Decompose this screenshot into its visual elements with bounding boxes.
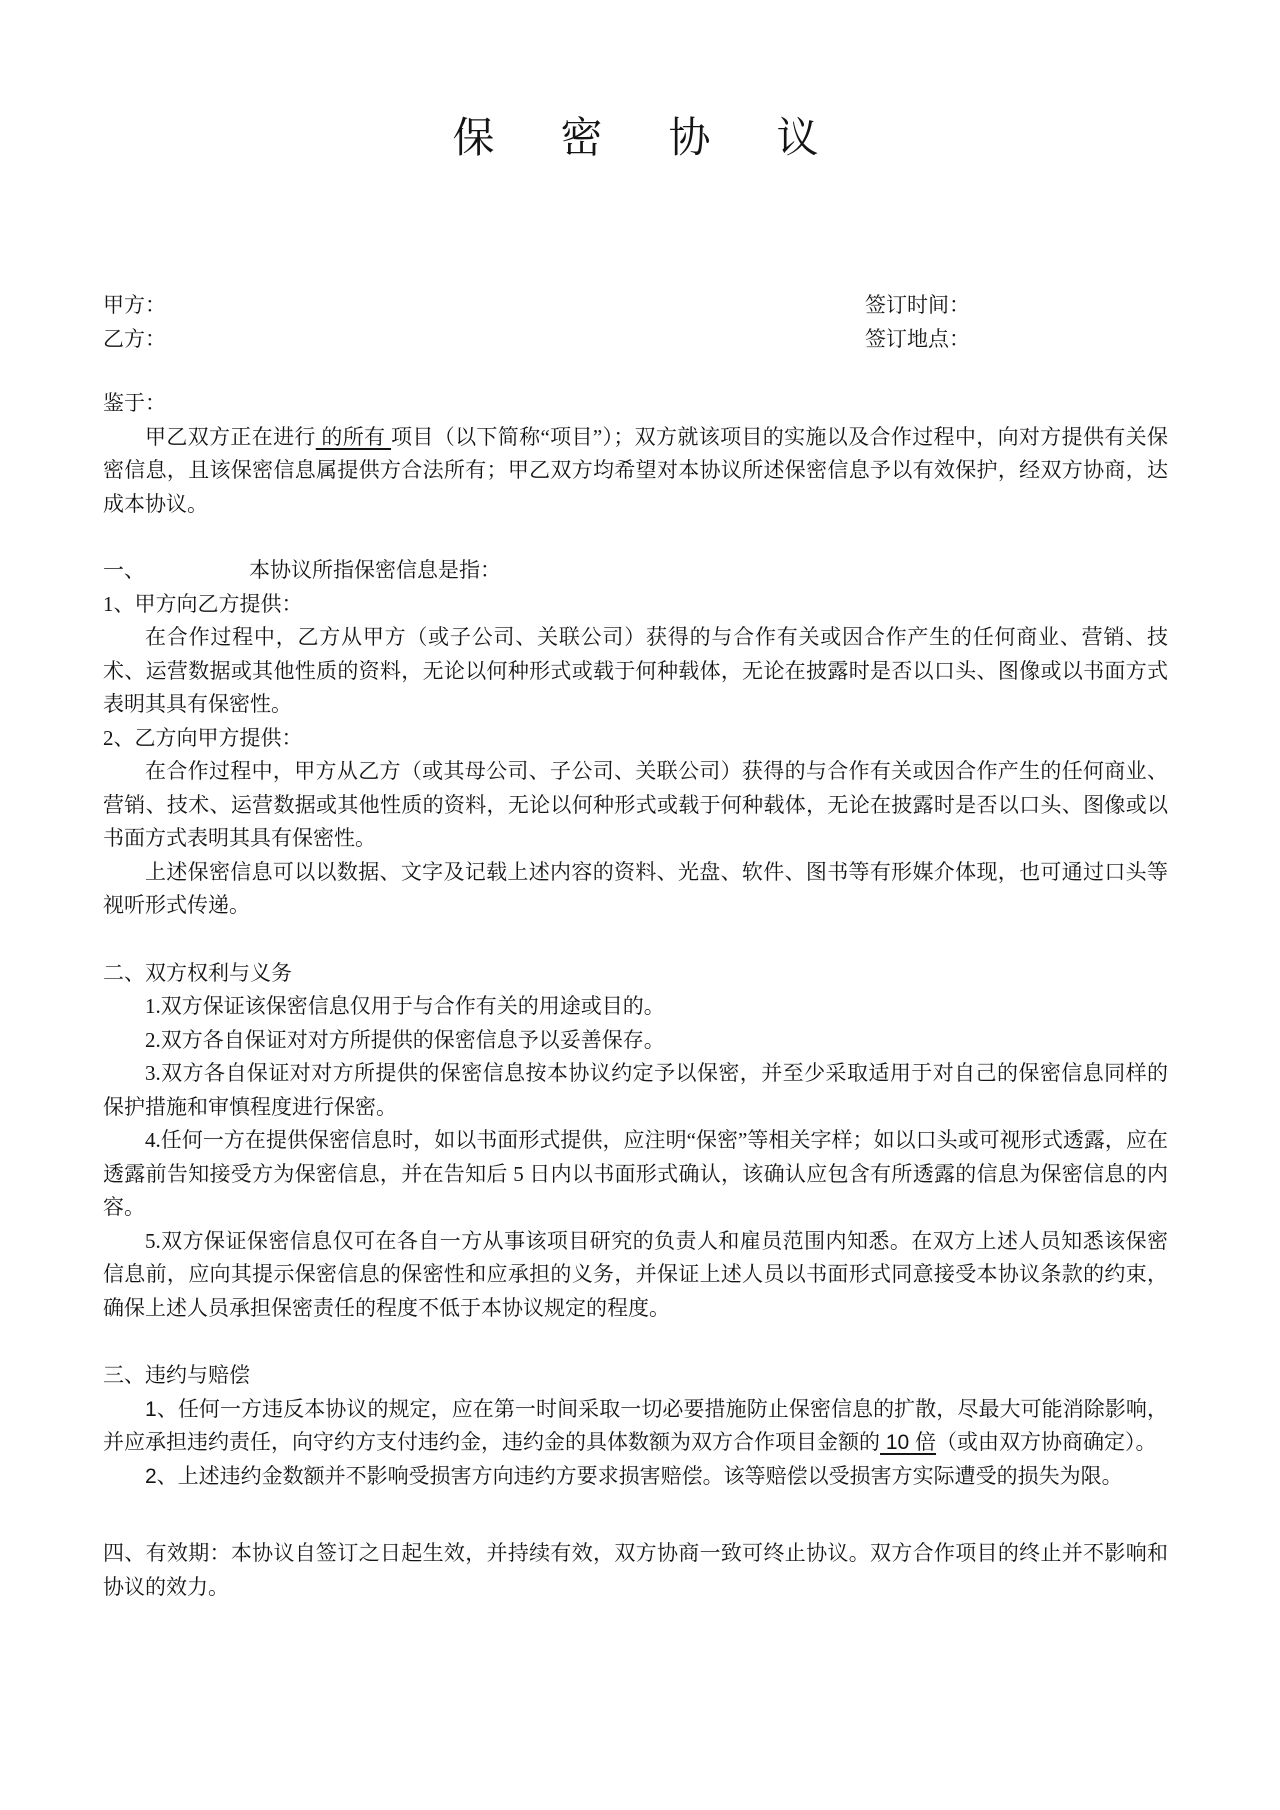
parties-block: 甲方： 签订时间： 乙方： 签订地点： <box>103 289 1168 356</box>
section-3-item-1: 1、任何一方违反本协议的规定，应在第一时间采取一切必要措施防止保密信息的扩散，尽… <box>103 1393 1168 1460</box>
party-a-label: 甲方： <box>103 293 166 317</box>
sign-time-label: 签订时间： <box>865 289 970 323</box>
whereas-label: 鉴于： <box>103 387 1168 421</box>
section-1-heading: 一、本协议所指保密信息是指： <box>103 554 1168 588</box>
section-3-item-2-number: 2、 <box>145 1465 178 1488</box>
section-1-closing: 上述保密信息可以以数据、文字及记载上述内容的资料、光盘、软件、图书等有形媒介体现… <box>103 856 1168 923</box>
party-b-row: 乙方： 签订地点： <box>103 323 1168 357</box>
project-name-blank-underlined: 的所有 <box>316 425 391 449</box>
party-a-row: 甲方： 签订时间： <box>103 289 1168 323</box>
section-2-item-5: 5.双方保证保密信息仅可在各自一方从事该项目研究的负责人和雇员范围内知悉。在双方… <box>103 1225 1168 1326</box>
section-3-item-1-number: 1、 <box>145 1398 178 1421</box>
preamble-paragraph: 甲乙双方正在进行 的所有 项目（以下简称“项目”）；双方就该项目的实施以及合作过… <box>103 421 1168 522</box>
section-2-item-2: 2.双方各自保证对对方所提供的保密信息予以妥善保存。 <box>103 1024 1168 1058</box>
section-1-item-1-title: 1、甲方向乙方提供： <box>103 588 1168 622</box>
document-title: 保 密 协 议 <box>103 113 1168 165</box>
sign-place-label: 签订地点： <box>865 323 970 357</box>
section-4-paragraph: 四、有效期：本协议自签订之日起生效，并持续有效，双方协商一致可终止协议。双方合作… <box>103 1537 1168 1604</box>
section-1-item-2-title: 2、乙方向甲方提供： <box>103 722 1168 756</box>
penalty-multiplier-underlined: 10 倍 <box>880 1431 936 1454</box>
section-3-item-1-text-end: （或由双方协商确定）。 <box>936 1430 1157 1454</box>
section-3-item-2: 2、上述违约金数额并不影响受损害方向违约方要求损害赔偿。该等赔偿以受损害方实际遭… <box>103 1460 1168 1494</box>
section-1-item-2-body: 在合作过程中，甲方从乙方（或其母公司、子公司、关联公司）获得的与合作有关或因合作… <box>103 755 1168 856</box>
section-3-heading: 三、违约与赔偿 <box>103 1359 1168 1393</box>
section-2-heading: 二、双方权利与义务 <box>103 957 1168 991</box>
section-1-number: 一、 <box>103 558 145 582</box>
section-1-title: 本协议所指保密信息是指： <box>249 558 501 582</box>
confidentiality-agreement-page: 保 密 协 议 甲方： 签订时间： 乙方： 签订地点： 鉴于： 甲乙双方正在进行… <box>0 0 1280 1810</box>
section-3-item-2-text: 上述违约金数额并不影响受损害方向违约方要求损害赔偿。该等赔偿以受损害方实际遭受的… <box>178 1464 1123 1488</box>
party-b-label: 乙方： <box>103 327 166 351</box>
section-2-item-4: 4.任何一方在提供保密信息时，如以书面形式提供，应注明“保密”等相关字样；如以口… <box>103 1124 1168 1225</box>
preamble-text-start: 甲乙双方正在进行 <box>145 425 316 449</box>
section-2-item-3: 3.双方各自保证对对方所提供的保密信息按本协议约定予以保密，并至少采取适用于对自… <box>103 1057 1168 1124</box>
section-2-item-1: 1.双方保证该保密信息仅用于与合作有关的用途或目的。 <box>103 990 1168 1024</box>
section-1-item-1-body: 在合作过程中，乙方从甲方（或子公司、关联公司）获得的与合作有关或因合作产生的任何… <box>103 621 1168 722</box>
